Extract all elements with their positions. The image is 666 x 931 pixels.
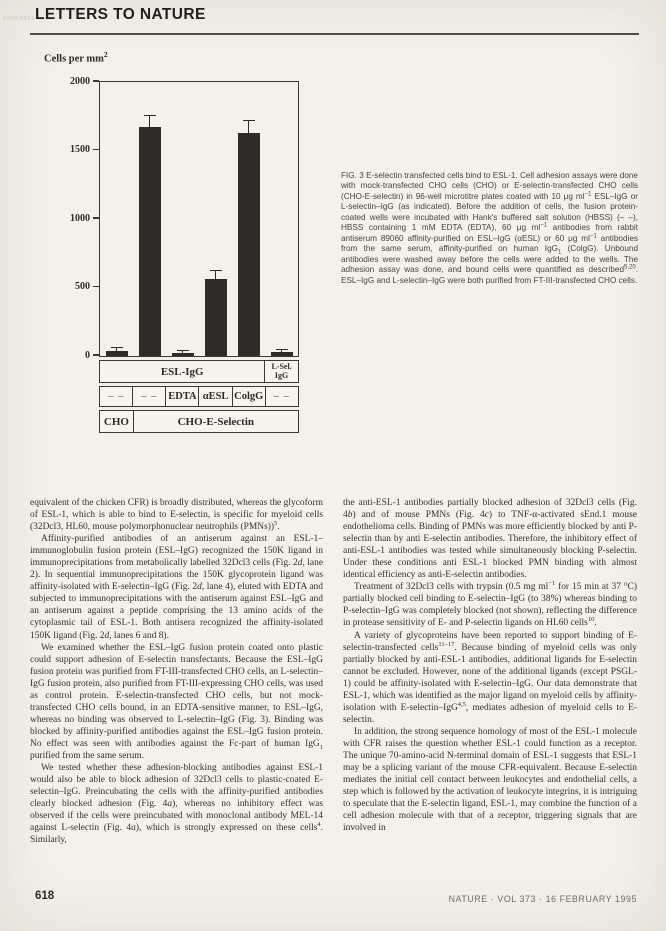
- body-paragraph: Affinity-purified antibodies of an antis…: [30, 533, 323, 641]
- journal-page-scan: 00064918 LETTERS TO NATURE Cells per mm2…: [0, 0, 666, 931]
- chart-table-row-treatment: – –– –EDTAαESLColgG– –: [99, 386, 299, 407]
- condition-cell-cell-line-2: CHO-E-Selectin: [133, 410, 299, 433]
- bar-4: [205, 279, 227, 356]
- error-bar-cap-5: [243, 120, 255, 121]
- condition-cell-coating-1: ESL-IgG: [99, 360, 265, 383]
- body-paragraph: In addition, the strong sequence homolog…: [343, 726, 637, 834]
- condition-cell-treatment-3: EDTA: [165, 386, 199, 407]
- bar-3: [172, 353, 194, 356]
- error-bar-cap-6: [276, 349, 288, 350]
- error-bar-stem-6: [281, 350, 282, 352]
- page-number: 618: [35, 890, 54, 902]
- y-tick-label-1500: 1500: [70, 144, 90, 155]
- body-paragraph: the anti-ESL-1 antibodies partially bloc…: [343, 497, 637, 581]
- bar-5: [238, 133, 260, 356]
- scan-artifact-number: 00064918: [3, 16, 35, 22]
- bar-2: [139, 127, 161, 356]
- error-bar-stem-3: [182, 351, 183, 352]
- journal-volume-date: NATURE · VOL 373 · 16 FEBRUARY 1995: [449, 894, 637, 904]
- y-tick-label-0: 0: [85, 350, 90, 361]
- condition-cell-cell-line-1: CHO: [99, 410, 134, 433]
- error-bar-cap-3: [177, 350, 189, 351]
- body-paragraph: We tested whether these adhesion-blockin…: [30, 762, 323, 846]
- error-bar-stem-2: [149, 116, 150, 127]
- y-tick-label-500: 500: [75, 281, 90, 292]
- error-bar-cap-4: [210, 270, 222, 271]
- chart-y-axis: 0500100015002000: [0, 81, 99, 357]
- error-bar-cap-2: [144, 115, 156, 116]
- body-column-right: the anti-ESL-1 antibodies partially bloc…: [343, 497, 637, 834]
- bar-6: [271, 352, 293, 356]
- body-paragraph: equivalent of the chicken CFR) is broadl…: [30, 497, 323, 533]
- body-paragraph: We examined whether the ESL–IgG fusion p…: [30, 642, 323, 762]
- y-tick-label-1000: 1000: [70, 213, 90, 224]
- error-bar-stem-4: [215, 271, 216, 279]
- error-bar-stem-5: [248, 121, 249, 133]
- section-banner-title: LETTERS TO NATURE: [35, 6, 206, 24]
- error-bar-stem-1: [116, 348, 117, 350]
- bar-1: [106, 351, 128, 356]
- condition-cell-treatment-5: ColgG: [232, 386, 266, 407]
- chart-y-axis-title: Cells per mm2: [44, 50, 108, 65]
- chart-table-row-cell-line: CHOCHO-E-Selectin: [99, 410, 299, 433]
- condition-cell-treatment-2: – –: [132, 386, 166, 407]
- condition-cell-treatment-6: – –: [265, 386, 299, 407]
- error-bar-cap-1: [111, 347, 123, 348]
- condition-cell-coating-2: L-Sel. IgG: [264, 360, 299, 383]
- body-paragraph: A variety of glycoproteins have been rep…: [343, 630, 637, 726]
- y-tick-label-2000: 2000: [70, 76, 90, 87]
- body-column-left: equivalent of the chicken CFR) is broadl…: [30, 497, 323, 846]
- chart-plot-area: [99, 81, 299, 357]
- chart-table-row-coating: ESL-IgGL-Sel. IgG: [99, 360, 299, 383]
- body-paragraph: Treatment of 32Dcl3 cells with trypsin (…: [343, 581, 637, 629]
- figure-caption: FIG. 3 E-selectin transfected cells bind…: [341, 171, 638, 286]
- condition-cell-treatment-1: – –: [99, 386, 133, 407]
- header-rule: [30, 33, 639, 35]
- condition-cell-treatment-4: αESL: [198, 386, 232, 407]
